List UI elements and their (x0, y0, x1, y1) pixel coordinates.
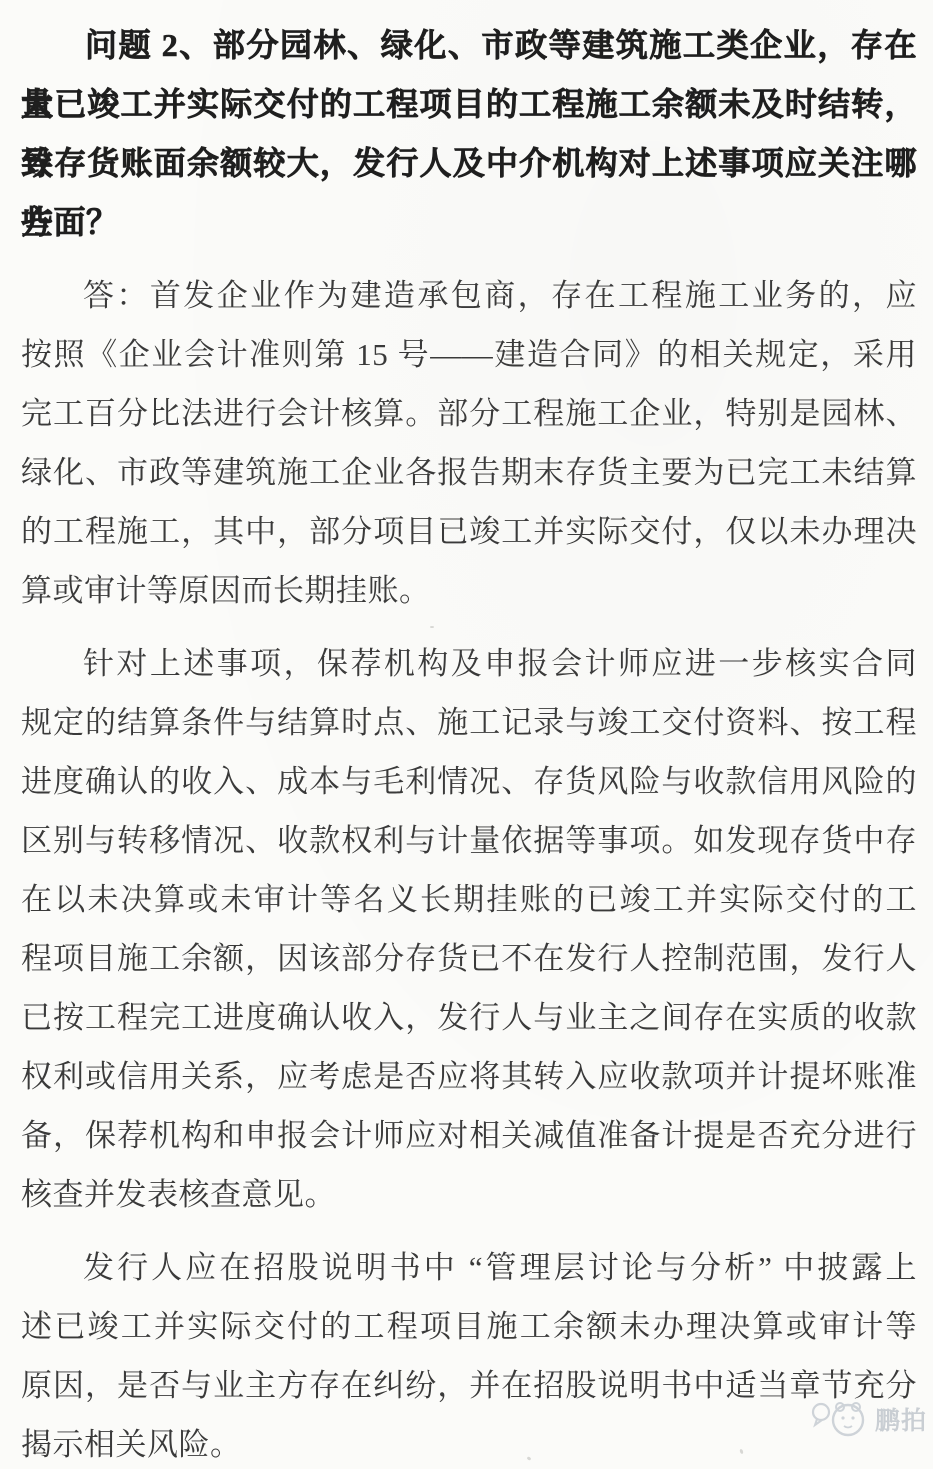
answer-paragraph-3: 发行人应在招股说明书中 “管理层讨论与分析” 中披露上 述已竣工并实际交付的工程… (21, 1238, 917, 1469)
text-line: 量已竣工并实际交付的工程项目的工程施工余额未及时结转，导 (21, 75, 917, 134)
text-line: 算或审计等原因而长期挂账。 (21, 561, 917, 620)
text-line: 权利或信用关系，应考虑是否应将其转入应收款项并计提坏账准 (21, 1047, 917, 1106)
text-line: 答：首发企业作为建造承包商，存在工程施工业务的，应 (21, 266, 917, 325)
text-line: 核查并发表核查意见。 (21, 1165, 917, 1224)
text-line: 绿化、市政等建筑施工企业各报告期末存货主要为已完工未结算 (21, 443, 917, 502)
text-line: 程项目施工余额，因该部分存货已不在发行人控制范围，发行人 (21, 929, 917, 988)
text-line: 发行人应在招股说明书中 “管理层讨论与分析” 中披露上 (21, 1238, 917, 1297)
scan-speck (430, 626, 434, 628)
text-line: 区别与转移情况、收款权利与计量依据等事项。如发现存货中存 (21, 811, 917, 870)
text-line: 方面？ (21, 193, 917, 252)
text-line: 原因，是否与业主方存在纠纷，并在招股说明书中适当章节充分 (21, 1356, 917, 1415)
answer-paragraph-2: 针对上述事项，保荐机构及申报会计师应进一步核实合同 规定的结算条件与结算时点、施… (21, 634, 917, 1224)
question-paragraph: 问题 2、部分园林、绿化、市政等建筑施工类企业，存在大 量已竣工并实际交付的工程… (21, 16, 917, 252)
document-page: 问题 2、部分园林、绿化、市政等建筑施工类企业，存在大 量已竣工并实际交付的工程… (0, 0, 933, 1469)
text-line: 致存货账面余额较大，发行人及中介机构对上述事项应关注哪些 (21, 134, 917, 193)
text-line: 在以未决算或未审计等名义长期挂账的已竣工并实际交付的工 (21, 870, 917, 929)
text-line: 进度确认的收入、成本与毛利情况、存货风险与收款信用风险的 (21, 752, 917, 811)
text-line: 已按工程完工进度确认收入，发行人与业主之间存在实质的收款 (21, 988, 917, 1047)
text-line: 问题 2、部分园林、绿化、市政等建筑施工类企业，存在大 (21, 16, 917, 75)
text-line: 按照《企业会计准则第 15 号——建造合同》的相关规定，采用 (21, 325, 917, 384)
text-line: 揭示相关风险。 (21, 1415, 917, 1469)
text-line: 完工百分比法进行会计核算。部分工程施工企业，特别是园林、 (21, 384, 917, 443)
text-line: 的工程施工，其中，部分项目已竣工并实际交付，仅以未办理决 (21, 502, 917, 561)
text-line: 规定的结算条件与结算时点、施工记录与竣工交付资料、按工程 (21, 693, 917, 752)
text-line: 针对上述事项，保荐机构及申报会计师应进一步核实合同 (21, 634, 917, 693)
text-line: 备，保荐机构和申报会计师应对相关减值准备计提是否充分进行 (21, 1106, 917, 1165)
text-line: 述已竣工并实际交付的工程项目施工余额未办理决算或审计等 (21, 1297, 917, 1356)
answer-paragraph-1: 答：首发企业作为建造承包商，存在工程施工业务的，应 按照《企业会计准则第 15 … (21, 266, 917, 620)
